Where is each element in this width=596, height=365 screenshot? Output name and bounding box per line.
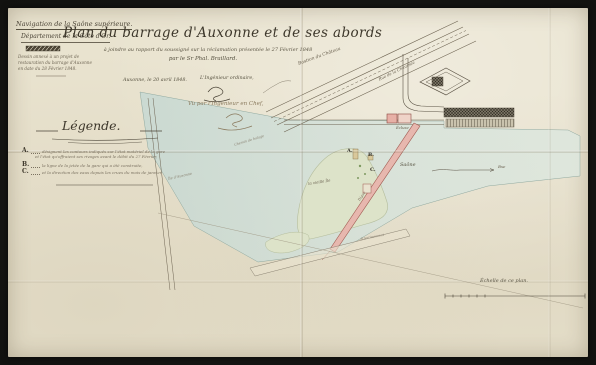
- legend-key: C.: [22, 168, 29, 175]
- header-note-2: restauration du barrage d'Auxonne: [18, 62, 92, 67]
- header-note-3: en date du 28 Février 1848.: [18, 68, 77, 73]
- legend-text: et la direction des eaux depuis les crue…: [42, 170, 162, 175]
- header-note-1: Dessin annexé à un projet de: [18, 56, 79, 61]
- engineer-title: L'Ingénieur ordinaire,: [200, 76, 254, 81]
- legend-row: C. et la direction des eaux depuis les c…: [22, 168, 169, 175]
- map-subtitle: à joindre au rapport du soussigné sur la…: [78, 48, 338, 54]
- lock-label: Écluse: [396, 126, 409, 130]
- place-date: Auxonne, le 20 avril 1848.: [123, 78, 187, 83]
- legend-title: Légende.: [62, 119, 121, 133]
- legend-key: A.: [22, 147, 29, 154]
- map-title: Plan du barrage d'Auxonne et de ses abor…: [63, 26, 343, 41]
- legend-leader: [24, 155, 33, 159]
- flow-destination-label: Bse: [498, 165, 505, 169]
- map-sheet: Navigation de la Saône supérieure. Dépar…: [8, 8, 588, 357]
- lock-approach-bar: [446, 119, 514, 127]
- legend-leader: [31, 171, 40, 175]
- header-hatch-bar: [26, 46, 60, 51]
- legend-key: B.: [22, 161, 29, 168]
- barrage-bar: [444, 108, 514, 117]
- chief-approval: Vu par l'Ingénieur en Chef,: [188, 101, 263, 107]
- legend-text: et l'état qu'offraient ses rivages avant…: [35, 154, 157, 159]
- quay-building-2: [398, 114, 411, 123]
- point-b-label: B.: [368, 153, 374, 159]
- river-label: Saône: [400, 163, 416, 169]
- legend-row: A. désignent les contours indiqués sur l…: [22, 147, 171, 154]
- legend-row: et l'état qu'offraient ses rivages avant…: [22, 154, 164, 159]
- annotation-squiggle: [263, 81, 291, 93]
- point-c-label: C.: [370, 168, 376, 174]
- point-a-label: A.: [347, 149, 353, 155]
- photo-background: Navigation de la Saône supérieure. Dépar…: [0, 0, 596, 365]
- scale-label: Échelle de ce plan.: [458, 279, 550, 285]
- map-byline: par le Sr Phal. Braillard.: [98, 56, 308, 62]
- legend-row: B. la ligne de la jetée de la gare qui a…: [22, 161, 148, 168]
- quay-building-1: [387, 114, 397, 123]
- scale-bar: [445, 294, 585, 299]
- engineer-signature-flourish: [204, 87, 230, 102]
